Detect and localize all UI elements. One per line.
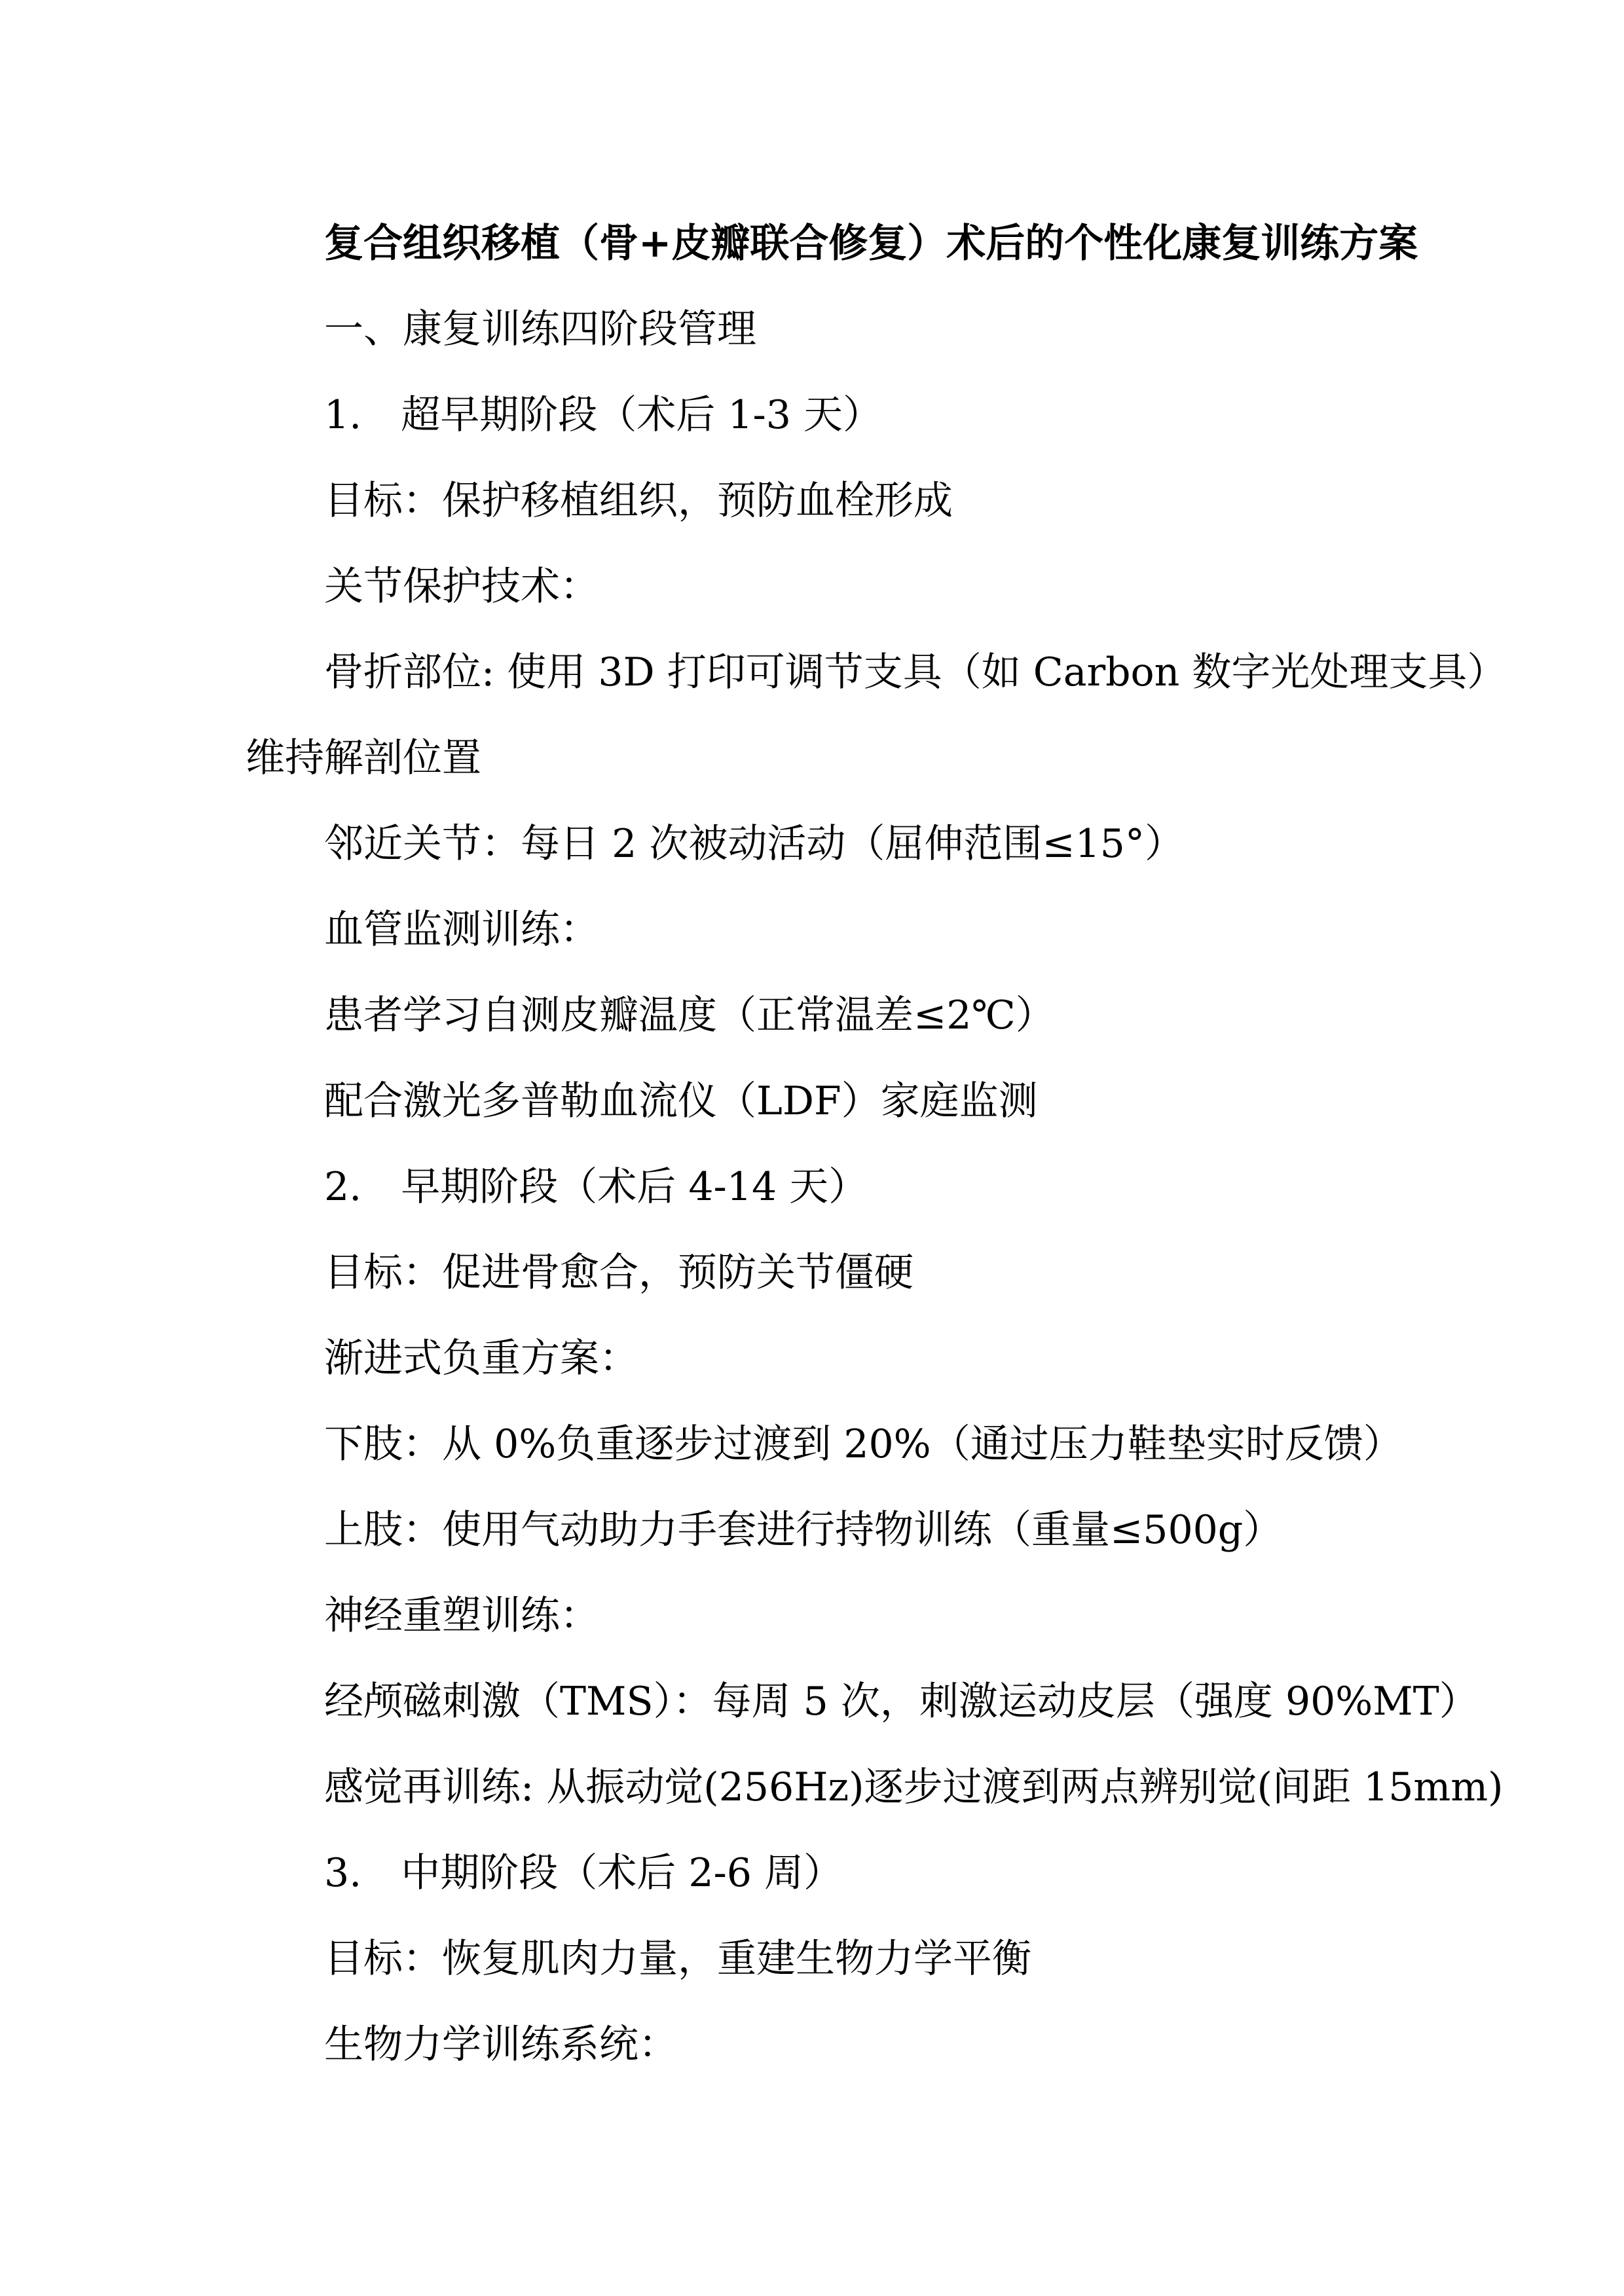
paragraph-line: 患者学习自测皮瓣温度（正常温差≤2℃）: [246, 973, 1388, 1059]
paragraph-line: 3. 中期阶段（术后 2-6 周）: [246, 1831, 1388, 1916]
document-title: 复合组织移植（骨+皮瓣联合修复）术后的个性化康复训练方案: [246, 201, 1388, 287]
paragraph-line: 上肢：使用气动助力手套进行持物训练（重量≤500g）: [246, 1487, 1388, 1573]
document-page: 复合组织移植（骨+皮瓣联合修复）术后的个性化康复训练方案 一、康复训练四阶段管理…: [0, 0, 1624, 2296]
paragraph-line: 配合激光多普勒血流仪（LDF）家庭监测: [246, 1059, 1388, 1144]
paragraph-line: 感觉再训练: 从振动觉(256Hz)逐步过渡到两点辨别觉(间距 15mm): [246, 1745, 1388, 1831]
paragraph-line: 关节保护技术：: [246, 544, 1388, 630]
document-content: 复合组织移植（骨+皮瓣联合修复）术后的个性化康复训练方案 一、康复训练四阶段管理…: [0, 0, 1624, 2088]
paragraph-line: 一、康复训练四阶段管理: [246, 287, 1388, 373]
paragraph-line: 邻近关节：每日 2 次被动活动（屈伸范围≤15°）: [246, 801, 1388, 887]
paragraph-line: 目标：保护移植组织，预防血栓形成: [246, 458, 1388, 544]
document-body: 一、康复训练四阶段管理1. 超早期阶段（术后 1-3 天）目标：保护移植组织，预…: [246, 287, 1388, 2088]
paragraph-line: 维持解剖位置: [246, 716, 1388, 801]
paragraph-line: 下肢：从 0%负重逐步过渡到 20%（通过压力鞋垫实时反馈）: [246, 1402, 1388, 1487]
paragraph-line: 1. 超早期阶段（术后 1-3 天）: [246, 373, 1388, 458]
paragraph-line: 骨折部位: 使用 3D 打印可调节支具（如 Carbon 数字光处理支具）: [246, 630, 1388, 716]
paragraph-line: 目标：恢复肌肉力量，重建生物力学平衡: [246, 1916, 1388, 2002]
paragraph-line: 目标：促进骨愈合，预防关节僵硬: [246, 1230, 1388, 1316]
paragraph-line: 经颅磁刺激（TMS）：每周 5 次，刺激运动皮层（强度 90%MT）: [246, 1659, 1388, 1745]
paragraph-line: 神经重塑训练：: [246, 1573, 1388, 1659]
paragraph-line: 2. 早期阶段（术后 4-14 天）: [246, 1144, 1388, 1230]
paragraph-line: 血管监测训练：: [246, 887, 1388, 973]
paragraph-line: 渐进式负重方案：: [246, 1316, 1388, 1402]
paragraph-line: 生物力学训练系统：: [246, 2002, 1388, 2088]
